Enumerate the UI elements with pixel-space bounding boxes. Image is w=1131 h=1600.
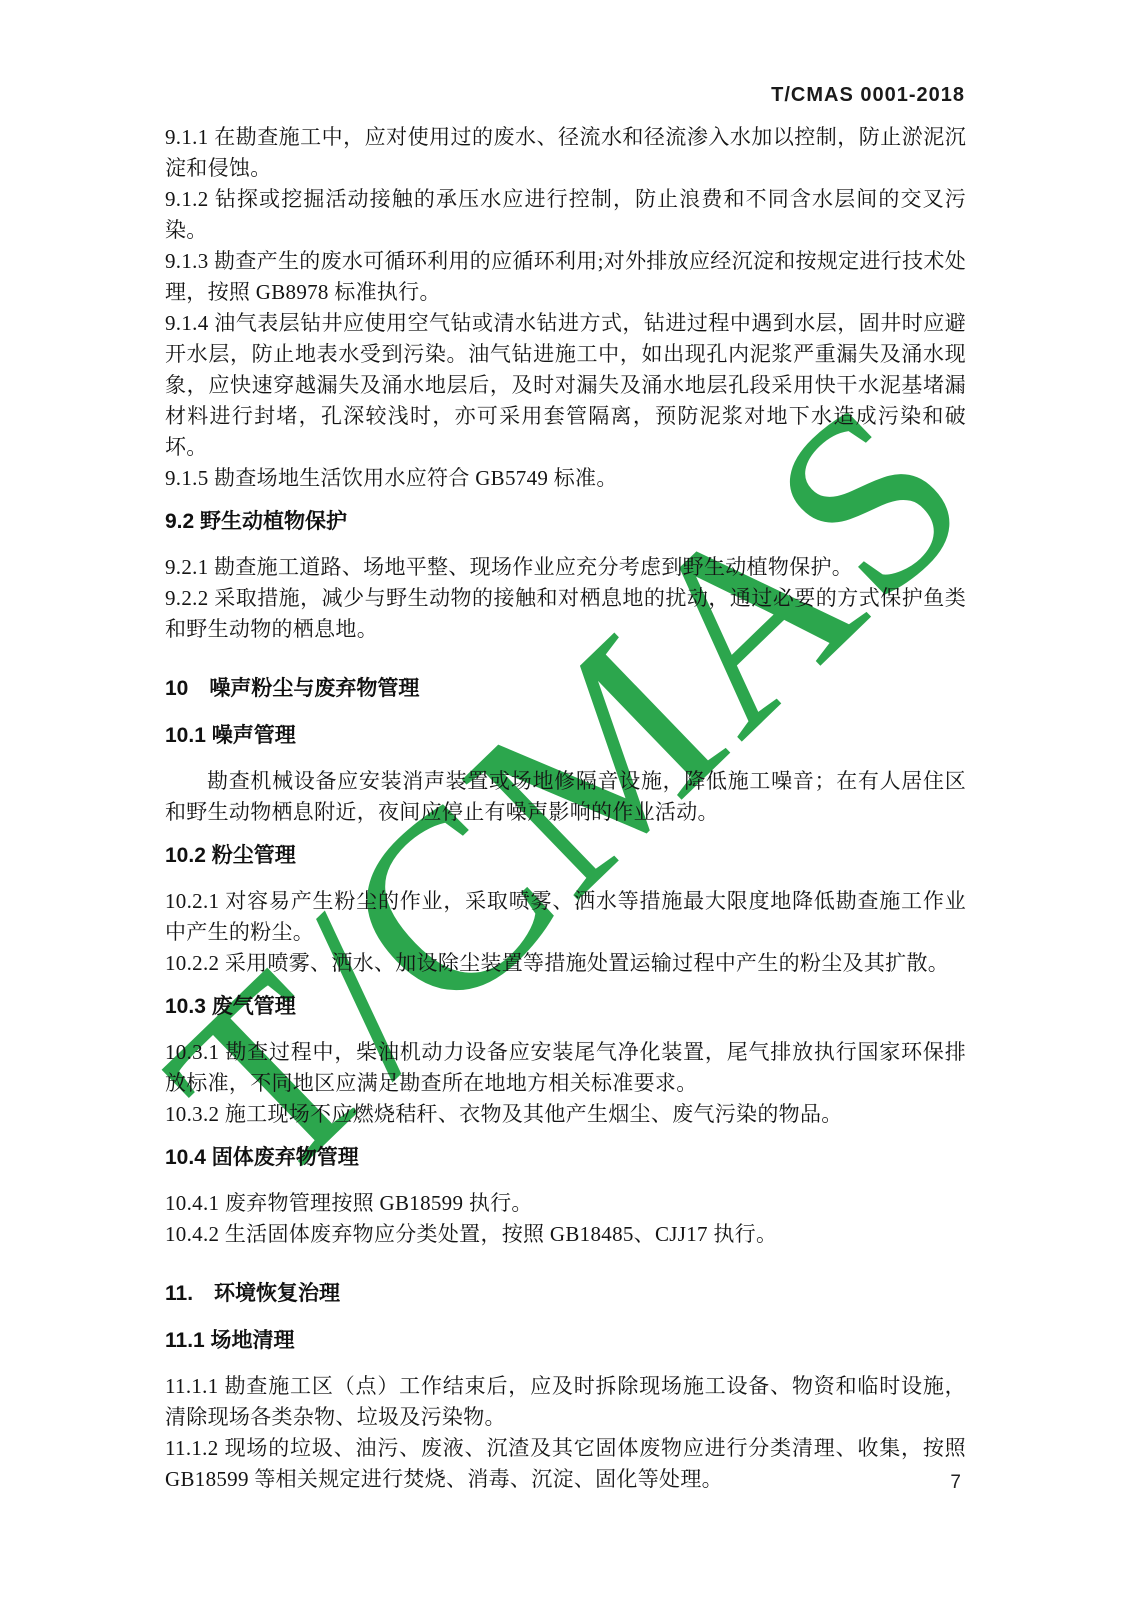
clause-paragraph: 10.3.1 勘查过程中，柴油机动力设备应安装尾气净化装置，尾气排放执行国家环保… — [165, 1037, 966, 1099]
clause-paragraph: 10.2.2 采用喷雾、洒水、加设除尘装置等措施处置运输过程中产生的粉尘及其扩散… — [165, 948, 966, 979]
clause-paragraph: 10.2.1 对容易产生粉尘的作业，采取喷雾、洒水等措施最大限度地降低勘查施工作… — [165, 886, 966, 948]
clause-paragraph: 11.1.2 现场的垃圾、油污、废液、沉渣及其它固体废物应进行分类清理、收集，按… — [165, 1433, 966, 1495]
section-heading: 11.1 场地清理 — [165, 1325, 966, 1356]
clause-paragraph: 9.2.1 勘查施工道路、场地平整、现场作业应充分考虑到野生动植物保护。 — [165, 552, 966, 583]
clause-paragraph: 10.4.2 生活固体废弃物应分类处置，按照 GB18485、CJJ17 执行。 — [165, 1219, 966, 1250]
clause-paragraph: 11.1.1 勘查施工区（点）工作结束后，应及时拆除现场施工设备、物资和临时设施… — [165, 1371, 966, 1433]
page-number: 7 — [950, 1472, 961, 1494]
clause-paragraph: 9.1.2 钻探或挖掘活动接触的承压水应进行控制，防止浪费和不同含水层间的交叉污… — [165, 184, 966, 246]
section-heading: 10.3 废气管理 — [165, 991, 966, 1022]
section-heading: 10.1 噪声管理 — [165, 720, 966, 751]
section-heading: 10.2 粉尘管理 — [165, 840, 966, 871]
section-heading: 9.2 野生动植物保护 — [165, 506, 966, 537]
document-page: T/CMAS 0001-2018 T/CMAS 9.1.1 在勘查施工中，应对使… — [0, 0, 1131, 1600]
clause-paragraph: 9.1.3 勘查产生的废水可循环利用的应循环利用;对外排放应经沉淀和按规定进行技… — [165, 246, 966, 308]
chapter-heading: 10 噪声粉尘与废弃物管理 — [165, 673, 966, 704]
clause-paragraph: 10.3.2 施工现场不应燃烧秸秆、衣物及其他产生烟尘、废气污染的物品。 — [165, 1099, 966, 1130]
clause-paragraph: 10.4.1 废弃物管理按照 GB18599 执行。 — [165, 1188, 966, 1219]
document-body: 9.1.1 在勘查施工中，应对使用过的废水、径流水和径流渗入水加以控制，防止淤泥… — [165, 122, 966, 1495]
clause-paragraph: 9.1.1 在勘查施工中，应对使用过的废水、径流水和径流渗入水加以控制，防止淤泥… — [165, 122, 966, 184]
chapter-heading: 11. 环境恢复治理 — [165, 1278, 966, 1309]
doc-code-header: T/CMAS 0001-2018 — [771, 84, 965, 107]
clause-paragraph: 9.2.2 采取措施，减少与野生动物的接触和对栖息地的扰动，通过必要的方式保护鱼… — [165, 583, 966, 645]
section-heading: 10.4 固体废弃物管理 — [165, 1142, 966, 1173]
clause-paragraph: 勘查机械设备应安装消声装置或场地修隔音设施，降低施工噪音；在有人居住区和野生动物… — [165, 766, 966, 828]
clause-paragraph: 9.1.5 勘查场地生活饮用水应符合 GB5749 标准。 — [165, 463, 966, 494]
clause-paragraph: 9.1.4 油气表层钻井应使用空气钻或清水钻进方式，钻进过程中遇到水层，固井时应… — [165, 308, 966, 463]
